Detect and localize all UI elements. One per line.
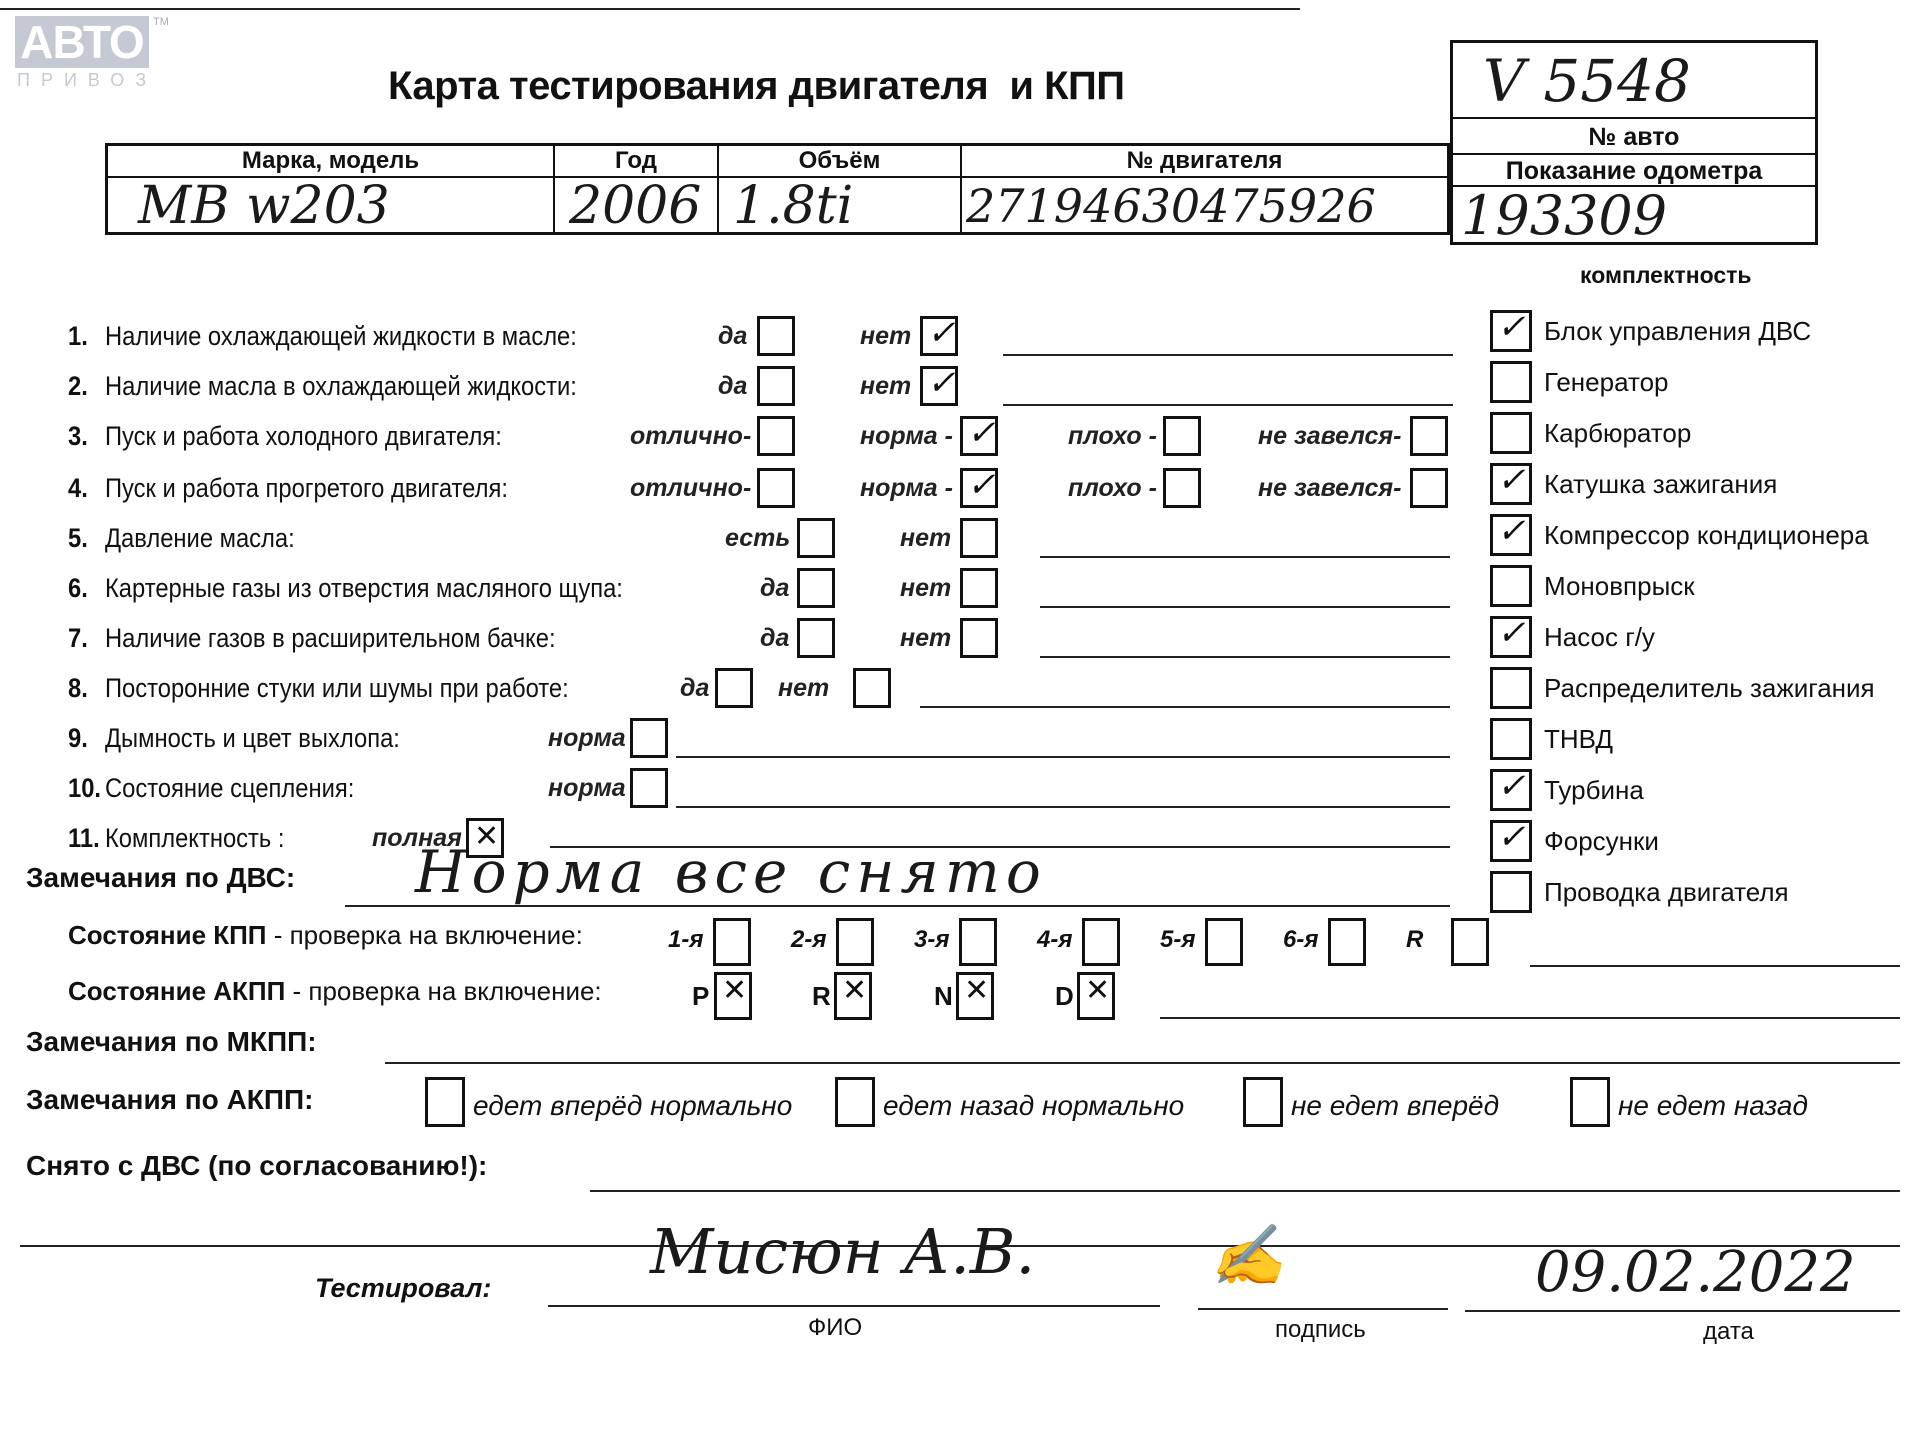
year-field[interactable]: 2006: [555, 178, 717, 234]
option-label: отлично-: [630, 468, 751, 508]
item-number: 2.: [68, 366, 105, 406]
item-number: 1.: [68, 316, 105, 356]
manual-remarks-label: Замечания по МКПП:: [26, 1026, 317, 1058]
gear-label: R: [1406, 918, 1423, 962]
volume-label: Объём: [719, 146, 960, 178]
kit-title: комплектность: [1580, 262, 1752, 289]
option-checkbox[interactable]: [1410, 468, 1448, 508]
item-comment-line: [1003, 404, 1453, 406]
option-label: нет: [778, 668, 829, 708]
auto-gearbox-line: [1160, 1017, 1900, 1019]
removed-label: Снято с ДВС (по согласованию!):: [26, 1150, 487, 1182]
option-label: да: [718, 366, 747, 406]
kit-item-label: Форсунки: [1544, 820, 1659, 862]
item-text: Наличие охлаждающей жидкости в масле:: [105, 321, 577, 351]
akpp-remark-label: не едет назад: [1618, 1082, 1808, 1130]
signature-caption: подпись: [1275, 1316, 1366, 1344]
option-checkbox[interactable]: [960, 518, 998, 558]
option-checkbox[interactable]: [1163, 416, 1201, 456]
year-label: Год: [555, 146, 717, 178]
kit-checkbox[interactable]: [1490, 361, 1532, 403]
item-comment-line: [1040, 556, 1450, 558]
option-label: да: [718, 316, 747, 356]
item-comment-line: [1003, 354, 1453, 356]
kit-checkbox[interactable]: [1490, 514, 1532, 556]
akpp-remark-label: не едет вперёд: [1291, 1082, 1499, 1130]
gear-label: 5-я: [1160, 918, 1195, 962]
check-item-label: 10.Состояние сцепления:: [68, 768, 354, 808]
item-number: 6.: [68, 568, 105, 608]
option-checkbox[interactable]: [853, 668, 891, 708]
option-label: норма -: [860, 468, 953, 508]
item-number: 8.: [68, 668, 105, 708]
kit-checkbox[interactable]: [1490, 616, 1532, 658]
gear-checkbox[interactable]: [836, 918, 874, 966]
kit-checkbox[interactable]: [1490, 412, 1532, 454]
kit-checkbox[interactable]: [1490, 718, 1532, 760]
check-item-label: 3.Пуск и работа холодного двигателя:: [68, 416, 502, 456]
check-item-label: 4.Пуск и работа прогретого двигателя:: [68, 468, 508, 508]
kit-item-label: Генератор: [1544, 361, 1669, 403]
item-text: Пуск и работа прогретого двигателя:: [105, 473, 508, 503]
check-item-label: 2.Наличие масла в охлаждающей жидкости:: [68, 366, 577, 406]
option-label: не завелся-: [1258, 468, 1401, 508]
auto-gearbox-label: Состояние АКПП - проверка на включение:: [68, 976, 602, 1007]
option-checkbox[interactable]: [797, 618, 835, 658]
kit-checkbox[interactable]: [1490, 871, 1532, 913]
engine-number-label: № двигателя: [962, 146, 1447, 178]
kit-item-label: Турбина: [1544, 769, 1644, 811]
date-line: [1465, 1310, 1900, 1312]
option-checkbox[interactable]: [757, 366, 795, 406]
item-number: 9.: [68, 718, 105, 758]
akpp-position-label: R: [812, 974, 831, 1018]
option-label: нет: [900, 518, 951, 558]
item-text: Наличие газов в расширительном бачке:: [105, 623, 556, 653]
kit-checkbox[interactable]: [1490, 463, 1532, 505]
kit-item-label: Насос г/у: [1544, 616, 1655, 658]
kit-item-label: Блок управления ДВС: [1544, 310, 1811, 352]
option-checkbox[interactable]: [715, 668, 753, 708]
name-caption: ФИО: [808, 1314, 862, 1342]
akpp-remark-checkbox[interactable]: [1570, 1077, 1610, 1127]
akpp-position-label: N: [934, 974, 953, 1018]
kit-checkbox[interactable]: [1490, 769, 1532, 811]
kit-item-label: ТНВД: [1544, 718, 1613, 760]
item-text: Пуск и работа холодного двигателя:: [105, 421, 502, 451]
name-line: [548, 1305, 1160, 1307]
gear-checkbox[interactable]: [713, 918, 751, 966]
kit-checkbox[interactable]: [1490, 667, 1532, 709]
item-text: Картерные газы из отверстия масляного щу…: [105, 573, 623, 603]
check-item-label: 9.Дымность и цвет выхлопа:: [68, 718, 400, 758]
tester-label: Тестировал:: [315, 1273, 491, 1304]
akpp-remark-checkbox[interactable]: [425, 1077, 465, 1127]
item-number: 11.: [68, 818, 105, 858]
item-text: Состояние сцепления:: [105, 773, 354, 803]
engine-remarks-field[interactable]: Норма все снято: [415, 838, 1047, 906]
akpp-remark-label: едет вперёд нормально: [473, 1082, 792, 1130]
signature-field[interactable]: ✍: [1210, 1220, 1285, 1291]
option-checkbox[interactable]: [1163, 468, 1201, 508]
volume-cell: Объём 1.8ti: [719, 146, 962, 232]
tester-name-field[interactable]: Мисюн А.В.: [650, 1215, 1035, 1288]
odometer-label: Показание одометра: [1453, 155, 1815, 187]
gear-label: 4-я: [1037, 918, 1072, 962]
engine-number-cell: № двигателя 27194630475926: [962, 146, 1447, 232]
option-label: отлично-: [630, 416, 751, 456]
item-number: 3.: [68, 416, 105, 456]
logo-trademark: TM: [153, 16, 169, 28]
item-number: 7.: [68, 618, 105, 658]
option-checkbox[interactable]: [630, 768, 668, 808]
akpp-position-checkbox[interactable]: [714, 972, 752, 1020]
option-checkbox[interactable]: [797, 518, 835, 558]
auto-remarks-label: Замечания по АКПП:: [26, 1084, 313, 1116]
engine-number-field[interactable]: 27194630475926: [962, 178, 1447, 234]
item-text: Наличие масла в охлаждающей жидкости:: [105, 371, 577, 401]
option-label: да: [760, 618, 789, 658]
option-label: плохо -: [1068, 416, 1157, 456]
akpp-position-label: P: [692, 974, 709, 1018]
gear-checkbox[interactable]: [1328, 918, 1366, 966]
option-checkbox[interactable]: [920, 316, 958, 356]
option-label: нет: [900, 618, 951, 658]
item-comment-line: [920, 706, 1450, 708]
gear-checkbox[interactable]: [1205, 918, 1243, 966]
option-label: есть: [725, 518, 790, 558]
option-label: нет: [860, 316, 911, 356]
check-item-label: 8.Посторонние стуки или шумы при работе:: [68, 668, 569, 708]
auto-gearbox-title: Состояние АКПП: [68, 976, 285, 1006]
removed-line: [590, 1190, 1900, 1192]
kit-item-label: Распределитель зажигания: [1544, 667, 1875, 709]
option-label: норма: [548, 718, 626, 758]
option-checkbox[interactable]: [960, 568, 998, 608]
gear-checkbox[interactable]: [959, 918, 997, 966]
kit-checkbox[interactable]: [1490, 820, 1532, 862]
kit-item-label: Проводка двигателя: [1544, 871, 1789, 913]
page-title: Карта тестирования двигателя и КПП: [388, 64, 1125, 109]
option-checkbox[interactable]: [630, 718, 668, 758]
item-text: Дымность и цвет выхлопа:: [105, 723, 400, 753]
check-item-label: 6.Картерные газы из отверстия масляного …: [68, 568, 623, 608]
car-number-label: № авто: [1453, 119, 1815, 155]
check-item-label: 7.Наличие газов в расширительном бачке:: [68, 618, 556, 658]
logo-brand: АВТО: [15, 16, 149, 68]
option-checkbox[interactable]: [960, 468, 998, 508]
gear-label: 2-я: [791, 918, 826, 962]
option-checkbox[interactable]: [1410, 416, 1448, 456]
date-caption: дата: [1703, 1318, 1754, 1346]
vehicle-info-table: Марка, модель MB w203 Год 2006 Объём 1.8…: [105, 143, 1450, 235]
akpp-remark-checkbox[interactable]: [1243, 1077, 1283, 1127]
option-checkbox[interactable]: [757, 316, 795, 356]
akpp-position-label: D: [1055, 974, 1074, 1018]
akpp-position-checkbox[interactable]: [956, 972, 994, 1020]
manual-gearbox-title: Состояние КПП: [68, 920, 267, 950]
item-number: 5.: [68, 518, 105, 558]
check-item-label: 5.Давление масла:: [68, 518, 295, 558]
option-checkbox[interactable]: [960, 618, 998, 658]
scan-edge-line: [0, 8, 1300, 10]
date-field[interactable]: 09.02.2022: [1535, 1240, 1856, 1305]
engine-remarks-label: Замечания по ДВС:: [26, 862, 295, 894]
odometer-field[interactable]: 193309: [1453, 187, 1815, 242]
year-cell: Год 2006: [555, 146, 719, 232]
manual-gearbox-desc: - проверка на включение:: [267, 920, 583, 950]
item-comment-line: [1040, 606, 1450, 608]
item-text: Давление масла:: [105, 523, 295, 553]
kit-item-label: Катушка зажигания: [1544, 463, 1777, 505]
car-number-field[interactable]: V 5548: [1453, 43, 1815, 119]
option-label: плохо -: [1068, 468, 1157, 508]
gear-checkbox[interactable]: [1451, 918, 1489, 966]
item-number: 4.: [68, 468, 105, 508]
gear-checkbox[interactable]: [1082, 918, 1120, 966]
option-label: да: [760, 568, 789, 608]
logo: АВТО TM ПРИВОЗ: [15, 16, 149, 91]
kit-item-label: Моновпрыск: [1544, 565, 1695, 607]
option-checkbox[interactable]: [757, 468, 795, 508]
volume-field[interactable]: 1.8ti: [719, 178, 960, 234]
gear-label: 6-я: [1283, 918, 1318, 962]
option-checkbox[interactable]: [960, 416, 998, 456]
check-item-label: 11.Комплектность :: [68, 818, 285, 858]
item-comment-line: [676, 806, 1450, 808]
kit-checkbox[interactable]: [1490, 565, 1532, 607]
option-checkbox[interactable]: [797, 568, 835, 608]
item-text: Комплектность :: [105, 823, 285, 853]
option-label: нет: [900, 568, 951, 608]
manual-gearbox-label: Состояние КПП - проверка на включение:: [68, 920, 583, 951]
make-model-field[interactable]: MB w203: [108, 178, 553, 234]
check-item-label: 1.Наличие охлаждающей жидкости в масле:: [68, 316, 577, 356]
signature-line: [1198, 1308, 1448, 1310]
option-checkbox[interactable]: [920, 366, 958, 406]
kit-item-label: Карбюратор: [1544, 412, 1691, 454]
manual-gearbox-line: [1530, 965, 1900, 967]
make-model-cell: Марка, модель MB w203: [108, 146, 555, 232]
make-model-label: Марка, модель: [108, 146, 553, 178]
kit-checkbox[interactable]: [1490, 310, 1532, 352]
logo-subtitle: ПРИВОЗ: [15, 70, 149, 91]
option-label: не завелся-: [1258, 416, 1401, 456]
item-number: 10.: [68, 768, 105, 808]
gear-label: 3-я: [914, 918, 949, 962]
option-label: норма -: [860, 416, 953, 456]
manual-remarks-line: [385, 1062, 1900, 1064]
item-text: Посторонние стуки или шумы при работе:: [105, 673, 569, 703]
akpp-remark-label: едет назад нормально: [883, 1082, 1184, 1130]
item-comment-line: [676, 756, 1450, 758]
kit-item-label: Компрессор кондиционера: [1544, 514, 1869, 556]
option-label: нет: [860, 366, 911, 406]
car-number-odometer-box: V 5548 № авто Показание одометра 193309: [1450, 40, 1818, 245]
akpp-remark-checkbox[interactable]: [835, 1077, 875, 1127]
option-label: норма: [548, 768, 626, 808]
option-label: да: [680, 668, 709, 708]
auto-gearbox-desc: - проверка на включение:: [285, 976, 601, 1006]
option-checkbox[interactable]: [757, 416, 795, 456]
item-comment-line: [1040, 656, 1450, 658]
gear-label: 1-я: [668, 918, 703, 962]
akpp-position-checkbox[interactable]: [834, 972, 872, 1020]
akpp-position-checkbox[interactable]: [1077, 972, 1115, 1020]
